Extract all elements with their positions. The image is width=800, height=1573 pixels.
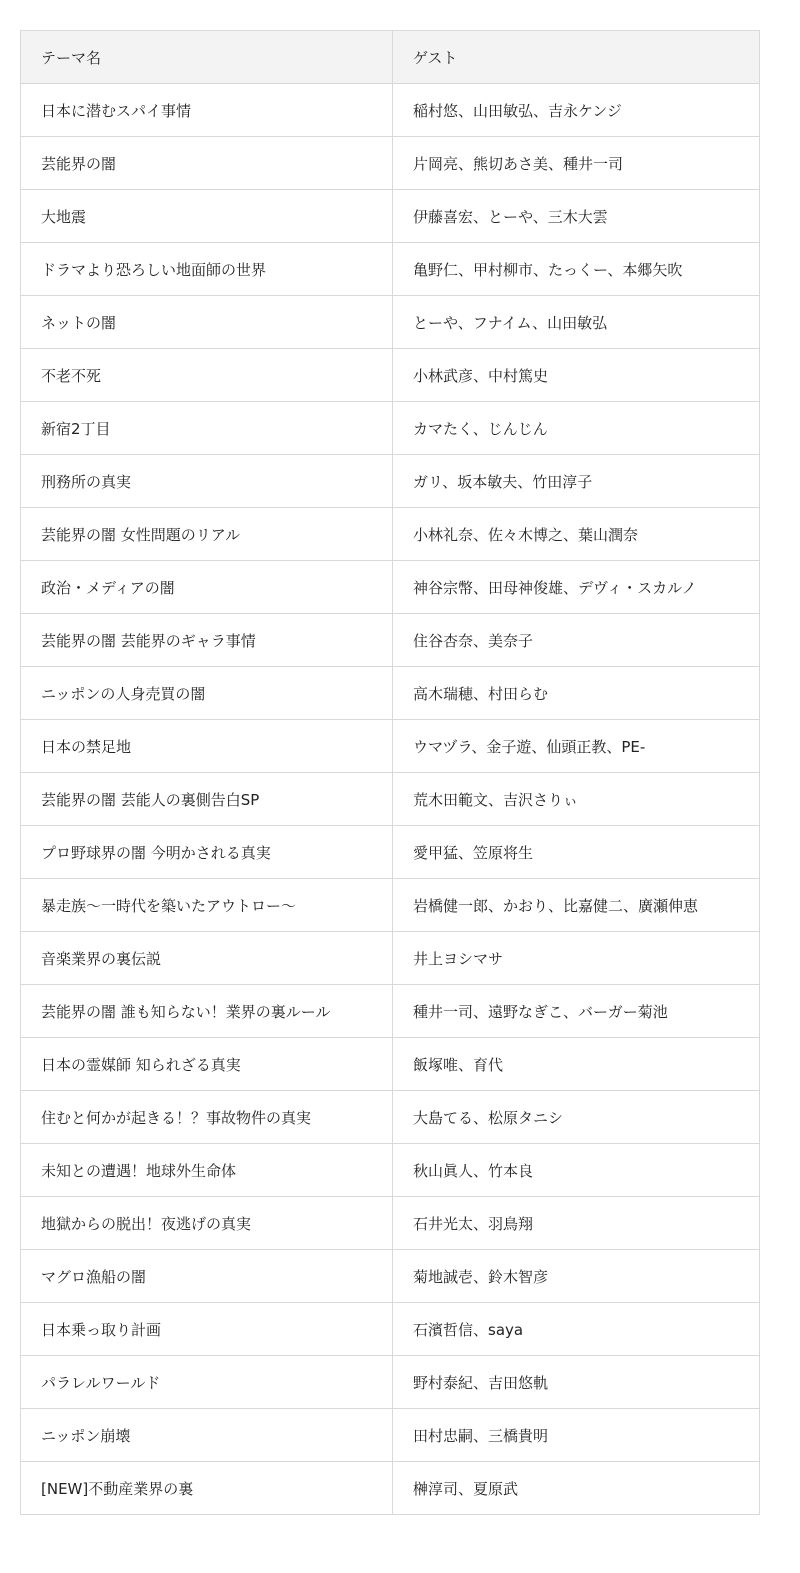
table-row: 大地震伊藤喜宏、とーや、三木大雲 [21,190,760,243]
table-row: 地獄からの脱出！夜逃げの真実石井光太、羽鳥翔 [21,1197,760,1250]
theme-cell: 未知との遭遇！地球外生命体 [21,1144,393,1197]
table-row: 芸能界の闇 芸能人の裏側告白SP荒木田範文、吉沢さりぃ [21,773,760,826]
table-row: 政治・メディアの闇神谷宗幣、田母神俊雄、デヴィ・スカルノ [21,561,760,614]
table-row: [NEW]不動産業界の裏榊淳司、夏原武 [21,1462,760,1515]
table-body: 日本に潜むスパイ事情稲村悠、山田敏弘、吉永ケンジ 芸能界の闇片岡亮、熊切あさ美、… [21,84,760,1515]
theme-cell: 日本乗っ取り計画 [21,1303,393,1356]
theme-cell: 芸能界の闇 誰も知らない！業界の裏ルール [21,985,393,1038]
guests-cell: 稲村悠、山田敏弘、吉永ケンジ [393,84,760,137]
theme-cell: ニッポンの人身売買の闇 [21,667,393,720]
guests-cell: 秋山眞人、竹本良 [393,1144,760,1197]
table-row: 新宿2丁目カマたく、じんじん [21,402,760,455]
theme-cell: 芸能界の闇 女性問題のリアル [21,508,393,561]
guests-cell: とーや、フナイム、山田敏弘 [393,296,760,349]
theme-guest-table: テーマ名 ゲスト 日本に潜むスパイ事情稲村悠、山田敏弘、吉永ケンジ 芸能界の闇片… [20,30,760,1515]
table-row: ドラマより恐ろしい地面師の世界亀野仁、甲村柳市、たっくー、本郷矢吹 [21,243,760,296]
guests-cell: 大島てる、松原タニシ [393,1091,760,1144]
guests-cell: 高木瑞穂、村田らむ [393,667,760,720]
theme-cell: 地獄からの脱出！夜逃げの真実 [21,1197,393,1250]
table-row: マグロ漁船の闇菊地誠壱、鈴木智彦 [21,1250,760,1303]
theme-cell: 新宿2丁目 [21,402,393,455]
theme-cell: 日本の霊媒師 知られざる真実 [21,1038,393,1091]
table-row: パラレルワールド野村泰紀、吉田悠軌 [21,1356,760,1409]
guests-cell: 小林礼奈、佐々木博之、葉山潤奈 [393,508,760,561]
theme-cell: 暴走族〜一時代を築いたアウトロー〜 [21,879,393,932]
theme-cell: プロ野球界の闇 今明かされる真実 [21,826,393,879]
theme-cell: 日本に潜むスパイ事情 [21,84,393,137]
table-row: 不老不死小林武彦、中村篤史 [21,349,760,402]
guests-cell: 菊地誠壱、鈴木智彦 [393,1250,760,1303]
table-header: テーマ名 ゲスト [21,31,760,84]
theme-cell: パラレルワールド [21,1356,393,1409]
table-row: 芸能界の闇 誰も知らない！業界の裏ルール種井一司、遠野なぎこ、バーガー菊池 [21,985,760,1038]
guests-cell: 伊藤喜宏、とーや、三木大雲 [393,190,760,243]
column-header-guests: ゲスト [393,31,760,84]
guests-cell: 小林武彦、中村篤史 [393,349,760,402]
theme-cell: 日本の禁足地 [21,720,393,773]
guests-cell: ウマヅラ、金子遊、仙頭正教、PE- [393,720,760,773]
table-row: 芸能界の闇 芸能界のギャラ事情住谷杏奈、美奈子 [21,614,760,667]
table-row: 日本乗っ取り計画石濱哲信、saya [21,1303,760,1356]
guests-cell: 種井一司、遠野なぎこ、バーガー菊池 [393,985,760,1038]
theme-cell: [NEW]不動産業界の裏 [21,1462,393,1515]
guests-cell: 住谷杏奈、美奈子 [393,614,760,667]
table-row: 日本の禁足地ウマヅラ、金子遊、仙頭正教、PE- [21,720,760,773]
guests-cell: 亀野仁、甲村柳市、たっくー、本郷矢吹 [393,243,760,296]
guests-cell: 愛甲猛、笠原将生 [393,826,760,879]
guests-cell: ガリ、坂本敏夫、竹田淳子 [393,455,760,508]
table-row: 芸能界の闇 女性問題のリアル小林礼奈、佐々木博之、葉山潤奈 [21,508,760,561]
guests-cell: 榊淳司、夏原武 [393,1462,760,1515]
guests-cell: 岩橋健一郎、かおり、比嘉健二、廣瀬伸恵 [393,879,760,932]
theme-cell: 芸能界の闇 [21,137,393,190]
theme-guest-table-container: テーマ名 ゲスト 日本に潜むスパイ事情稲村悠、山田敏弘、吉永ケンジ 芸能界の闇片… [20,30,759,1515]
column-header-theme: テーマ名 [21,31,393,84]
table-row: 未知との遭遇！地球外生命体秋山眞人、竹本良 [21,1144,760,1197]
guests-cell: 井上ヨシマサ [393,932,760,985]
table-row: ニッポン崩壊田村忠嗣、三橋貴明 [21,1409,760,1462]
theme-cell: マグロ漁船の闇 [21,1250,393,1303]
theme-cell: 芸能界の闇 芸能界のギャラ事情 [21,614,393,667]
guests-cell: 片岡亮、熊切あさ美、種井一司 [393,137,760,190]
theme-cell: 住むと何かが起きる！？事故物件の真実 [21,1091,393,1144]
theme-cell: ネットの闇 [21,296,393,349]
guests-cell: 野村泰紀、吉田悠軌 [393,1356,760,1409]
header-row: テーマ名 ゲスト [21,31,760,84]
theme-cell: 刑務所の真実 [21,455,393,508]
table-row: 刑務所の真実ガリ、坂本敏夫、竹田淳子 [21,455,760,508]
table-row: 音楽業界の裏伝説井上ヨシマサ [21,932,760,985]
table-row: 芸能界の闇片岡亮、熊切あさ美、種井一司 [21,137,760,190]
theme-cell: 大地震 [21,190,393,243]
guests-cell: 荒木田範文、吉沢さりぃ [393,773,760,826]
table-row: 日本に潜むスパイ事情稲村悠、山田敏弘、吉永ケンジ [21,84,760,137]
theme-cell: 不老不死 [21,349,393,402]
table-row: ニッポンの人身売買の闇高木瑞穂、村田らむ [21,667,760,720]
guests-cell: 田村忠嗣、三橋貴明 [393,1409,760,1462]
theme-cell: ニッポン崩壊 [21,1409,393,1462]
table-row: 日本の霊媒師 知られざる真実飯塚唯、育代 [21,1038,760,1091]
theme-cell: 音楽業界の裏伝説 [21,932,393,985]
guests-cell: カマたく、じんじん [393,402,760,455]
theme-cell: 芸能界の闇 芸能人の裏側告白SP [21,773,393,826]
guests-cell: 飯塚唯、育代 [393,1038,760,1091]
theme-cell: ドラマより恐ろしい地面師の世界 [21,243,393,296]
table-row: プロ野球界の闇 今明かされる真実愛甲猛、笠原将生 [21,826,760,879]
guests-cell: 石濱哲信、saya [393,1303,760,1356]
table-row: ネットの闇とーや、フナイム、山田敏弘 [21,296,760,349]
table-row: 住むと何かが起きる！？事故物件の真実大島てる、松原タニシ [21,1091,760,1144]
table-row: 暴走族〜一時代を築いたアウトロー〜岩橋健一郎、かおり、比嘉健二、廣瀬伸恵 [21,879,760,932]
guests-cell: 神谷宗幣、田母神俊雄、デヴィ・スカルノ [393,561,760,614]
theme-cell: 政治・メディアの闇 [21,561,393,614]
guests-cell: 石井光太、羽鳥翔 [393,1197,760,1250]
